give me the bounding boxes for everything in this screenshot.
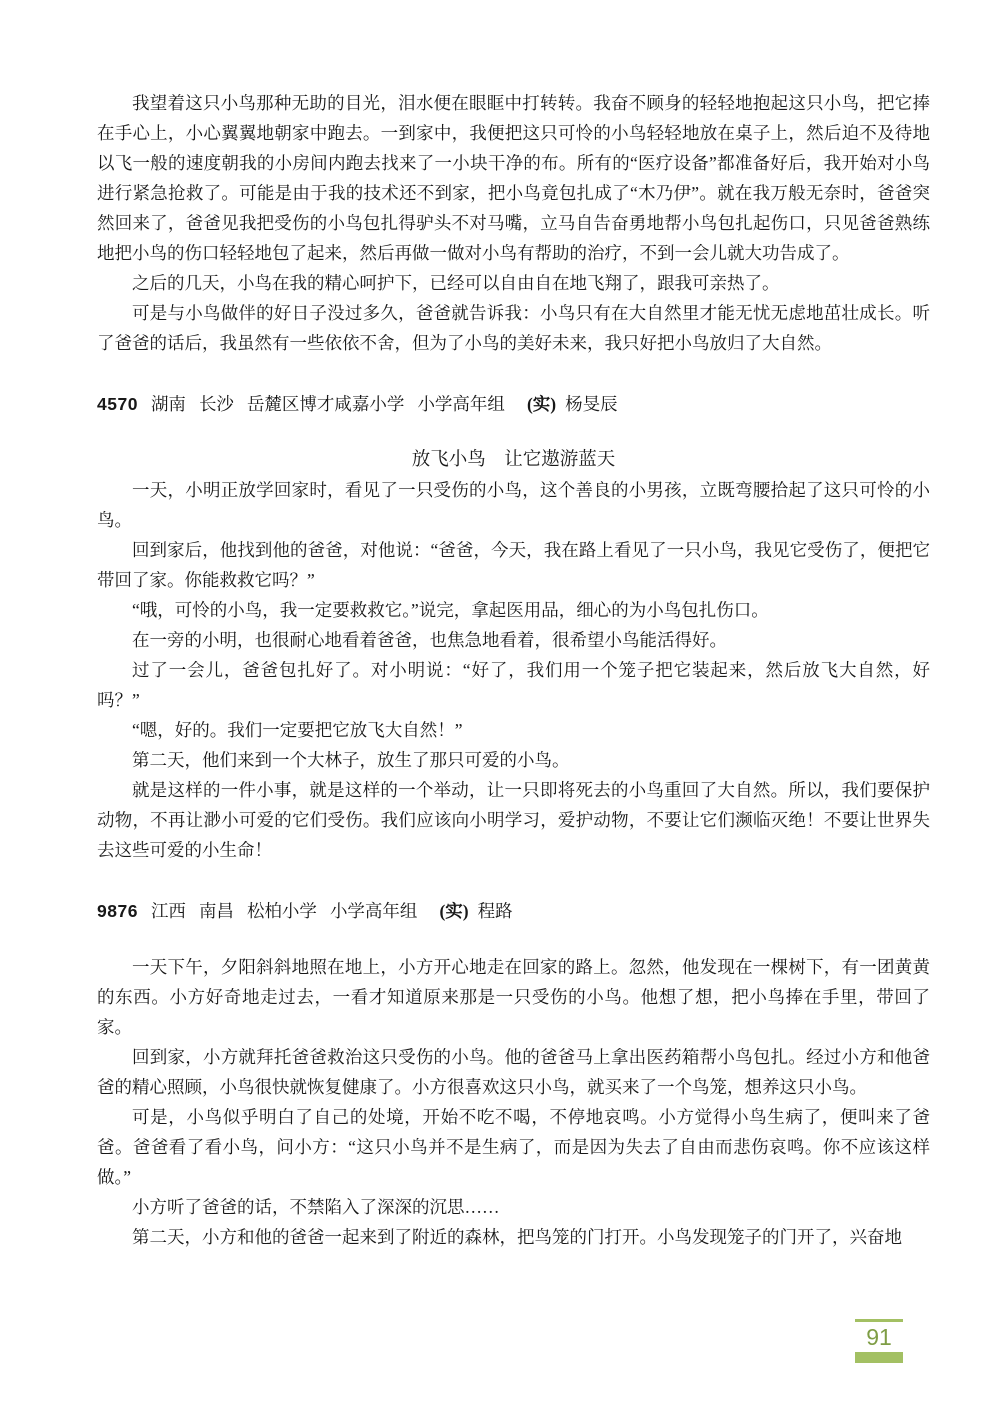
essay-paragraph: 我望着这只小鸟那种无助的目光，泪水便在眼眶中打转转。我奋不顾身的轻轻地抱起这只小… [97,88,930,268]
essay-2-section: 放飞小鸟 让它遨游蓝天 一天，小明正放学回家时，看见了一只受伤的小鸟，这个善良的… [97,445,930,865]
essay-title: 放飞小鸟 让它遨游蓝天 [97,445,930,475]
essay-paragraph: 第二天，他们来到一个大林子，放生了那只可爱的小鸟。 [97,745,930,775]
essay-paragraph: 在一旁的小明，也很耐心地看着爸爸，也焦急地看着，很希望小鸟能活得好。 [97,625,930,655]
entry-tag: (实) [439,901,468,921]
essay-1-continuation-section: 我望着这只小鸟那种无助的目光，泪水便在眼眶中打转转。我奋不顾身的轻轻地抱起这只小… [97,88,930,358]
entry-group: 小学高年组 [330,901,418,921]
entry-line-1: 4570湖南长沙岳麓区博才咸嘉小学小学高年组(实)杨旻辰 [97,389,930,419]
essay-paragraph: 小方听了爸爸的话，不禁陷入了深深的沉思…… [97,1192,930,1222]
essay-paragraph: 可是与小鸟做伴的好日子没过多久，爸爸就告诉我：小鸟只有在大自然里才能无忧无虑地茁… [97,298,930,358]
entry-group: 小学高年组 [417,394,505,414]
essay-paragraph: 可是，小鸟似乎明白了自己的处境，开始不吃不喝，不停地哀鸣。小方觉得小鸟生病了，便… [97,1102,930,1192]
essay-paragraph: 一天，小明正放学回家时，看见了一只受伤的小鸟，这个善良的小男孩，立既弯腰拾起了这… [97,475,930,535]
essay-paragraph: 就是这样的一件小事，就是这样的一个举动，让一只即将死去的小鸟重回了大自然。所以，… [97,775,930,865]
entry-id: 4570 [97,394,138,414]
essay-paragraph: “哦，可怜的小鸟，我一定要救救它。”说完，拿起医用品，细心的为小鸟包扎伤口。 [97,595,930,625]
entry-school: 岳麓区博才咸嘉小学 [247,394,405,414]
essay-paragraph: 一天下午，夕阳斜斜地照在地上，小方开心地走在回家的路上。忽然，他发现在一棵树下，… [97,952,930,1042]
essay-paragraph: “嗯，好的。我们一定要把它放飞大自然！” [97,715,930,745]
entry-line-2: 9876江西南昌松柏小学小学高年组(实)程路 [97,896,930,926]
entry-author: 杨旻辰 [565,394,618,414]
page-number-bottom-rule [855,1352,903,1363]
entry-tag: (实) [527,394,556,414]
essay-paragraph: 回到家，小方就拜托爸爸救治这只受伤的小鸟。他的爸爸马上拿出医药箱帮小鸟包扎。经过… [97,1042,930,1102]
essay-3-section: 一天下午，夕阳斜斜地照在地上，小方开心地走在回家的路上。忽然，他发现在一棵树下，… [97,952,930,1252]
entry-province: 湖南 [151,394,186,414]
entry-city: 长沙 [199,394,234,414]
page-body: 我望着这只小鸟那种无助的目光，泪水便在眼眶中打转转。我奋不顾身的轻轻地抱起这只小… [97,88,930,1252]
essay-paragraph: 之后的几天，小鸟在我的精心呵护下，已经可以自由自在地飞翔了，跟我可亲热了。 [97,268,930,298]
page-number: 91 [855,1322,903,1352]
essay-paragraph: 回到家后，他找到他的爸爸，对他说：“爸爸，今天，我在路上看见了一只小鸟，我见它受… [97,535,930,595]
entry-province: 江西 [151,901,186,921]
essay-paragraph: 第二天，小方和他的爸爸一起来到了附近的森林，把鸟笼的门打开。小鸟发现笼子的门开了… [97,1222,930,1252]
entry-author: 程路 [478,901,513,921]
essay-paragraph: 过了一会儿，爸爸包扎好了。对小明说：“好了，我们用一个笼子把它装起来，然后放飞大… [97,655,930,715]
entry-school: 松柏小学 [247,901,317,921]
page-number-block: 91 [855,1319,903,1363]
document-page: { "colors": { "accent": "#a3c063", "page… [0,0,992,1403]
entry-id: 9876 [97,901,138,921]
entry-city: 南昌 [199,901,234,921]
